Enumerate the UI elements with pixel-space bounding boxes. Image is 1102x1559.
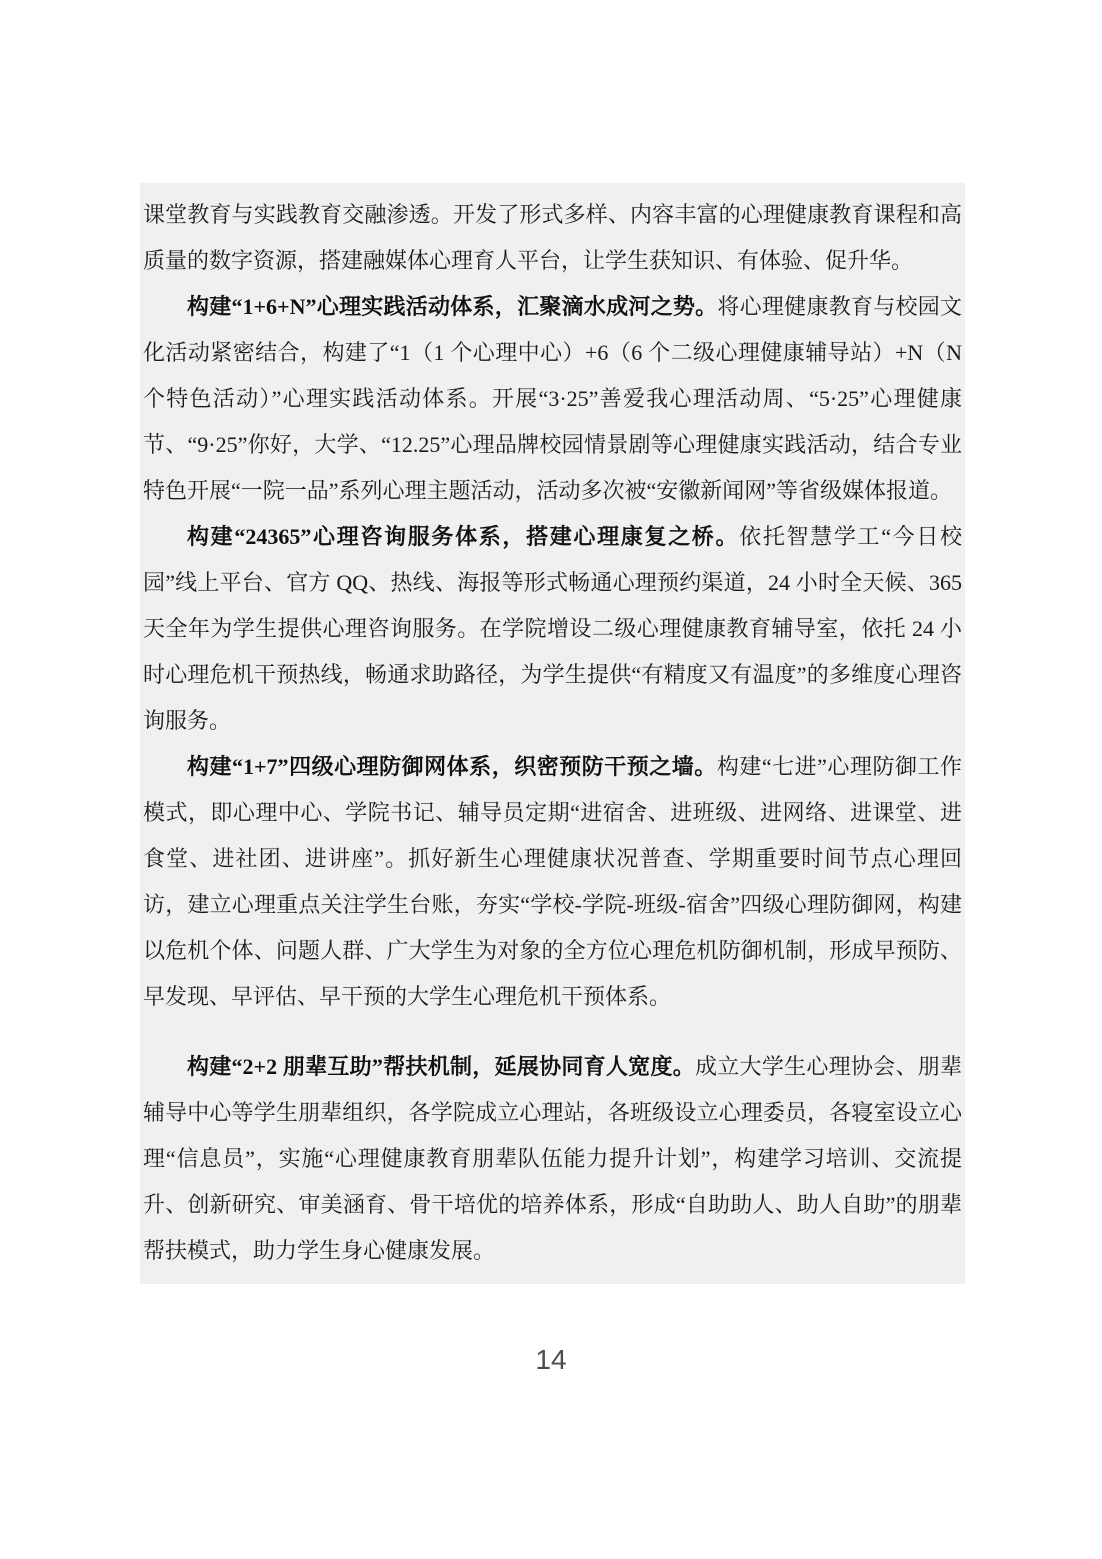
document-page: 课堂教育与实践教育交融渗透。开发了形式多样、内容丰富的心理健康教育课程和高质量的… bbox=[0, 0, 1102, 1559]
paragraph-lead-bold: 构建“1+6+N”心理实践活动体系，汇聚滴水成河之势。 bbox=[187, 294, 717, 319]
paragraph-2-2-peer-support: 构建“2+2 朋辈互助”帮扶机制，延展协同育人宽度。成立大学生心理协会、朋辈辅导… bbox=[143, 1044, 962, 1274]
paragraph-body-text: 成立大学生心理协会、朋辈辅导中心等学生朋辈组织，各学院成立心理站，各班级设立心理… bbox=[143, 1054, 962, 1263]
paragraph-body-text: 课堂教育与实践教育交融渗透。开发了形式多样、内容丰富的心理健康教育课程和高质量的… bbox=[143, 202, 962, 273]
paragraph-body-text: 将心理健康教育与校园文化活动紧密结合，构建了“1（1 个心理中心）+6（6 个二… bbox=[143, 294, 962, 503]
paragraph-24365-system: 构建“24365”心理咨询服务体系，搭建心理康复之桥。依托智慧学工“今日校园”线… bbox=[143, 514, 962, 744]
paragraph-1-7-defense-system: 构建“1+7”四级心理防御网体系，织密预防干预之墙。构建“七进”心理防御工作模式… bbox=[143, 744, 962, 1020]
paragraph-lead-bold: 构建“1+7”四级心理防御网体系，织密预防干预之墙。 bbox=[187, 754, 717, 779]
highlighted-text-block: 课堂教育与实践教育交融渗透。开发了形式多样、内容丰富的心理健康教育课程和高质量的… bbox=[140, 183, 965, 1284]
paragraph-lead-bold: 构建“2+2 朋辈互助”帮扶机制，延展协同育人宽度。 bbox=[187, 1054, 695, 1079]
paragraph-body-text: 构建“七进”心理防御工作模式，即心理中心、学院书记、辅导员定期“进宿舍、进班级、… bbox=[143, 754, 962, 1009]
page-number: 14 bbox=[0, 1344, 1102, 1376]
paragraph-1-6-n-system: 构建“1+6+N”心理实践活动体系，汇聚滴水成河之势。将心理健康教育与校园文化活… bbox=[143, 284, 962, 514]
paragraph-lead-bold: 构建“24365”心理咨询服务体系，搭建心理康复之桥。 bbox=[187, 524, 739, 549]
paragraph-continued-intro: 课堂教育与实践教育交融渗透。开发了形式多样、内容丰富的心理健康教育课程和高质量的… bbox=[143, 192, 962, 284]
paragraph-body-text: 依托智慧学工“今日校园”线上平台、官方 QQ、热线、海报等形式畅通心理预约渠道，… bbox=[143, 524, 962, 733]
